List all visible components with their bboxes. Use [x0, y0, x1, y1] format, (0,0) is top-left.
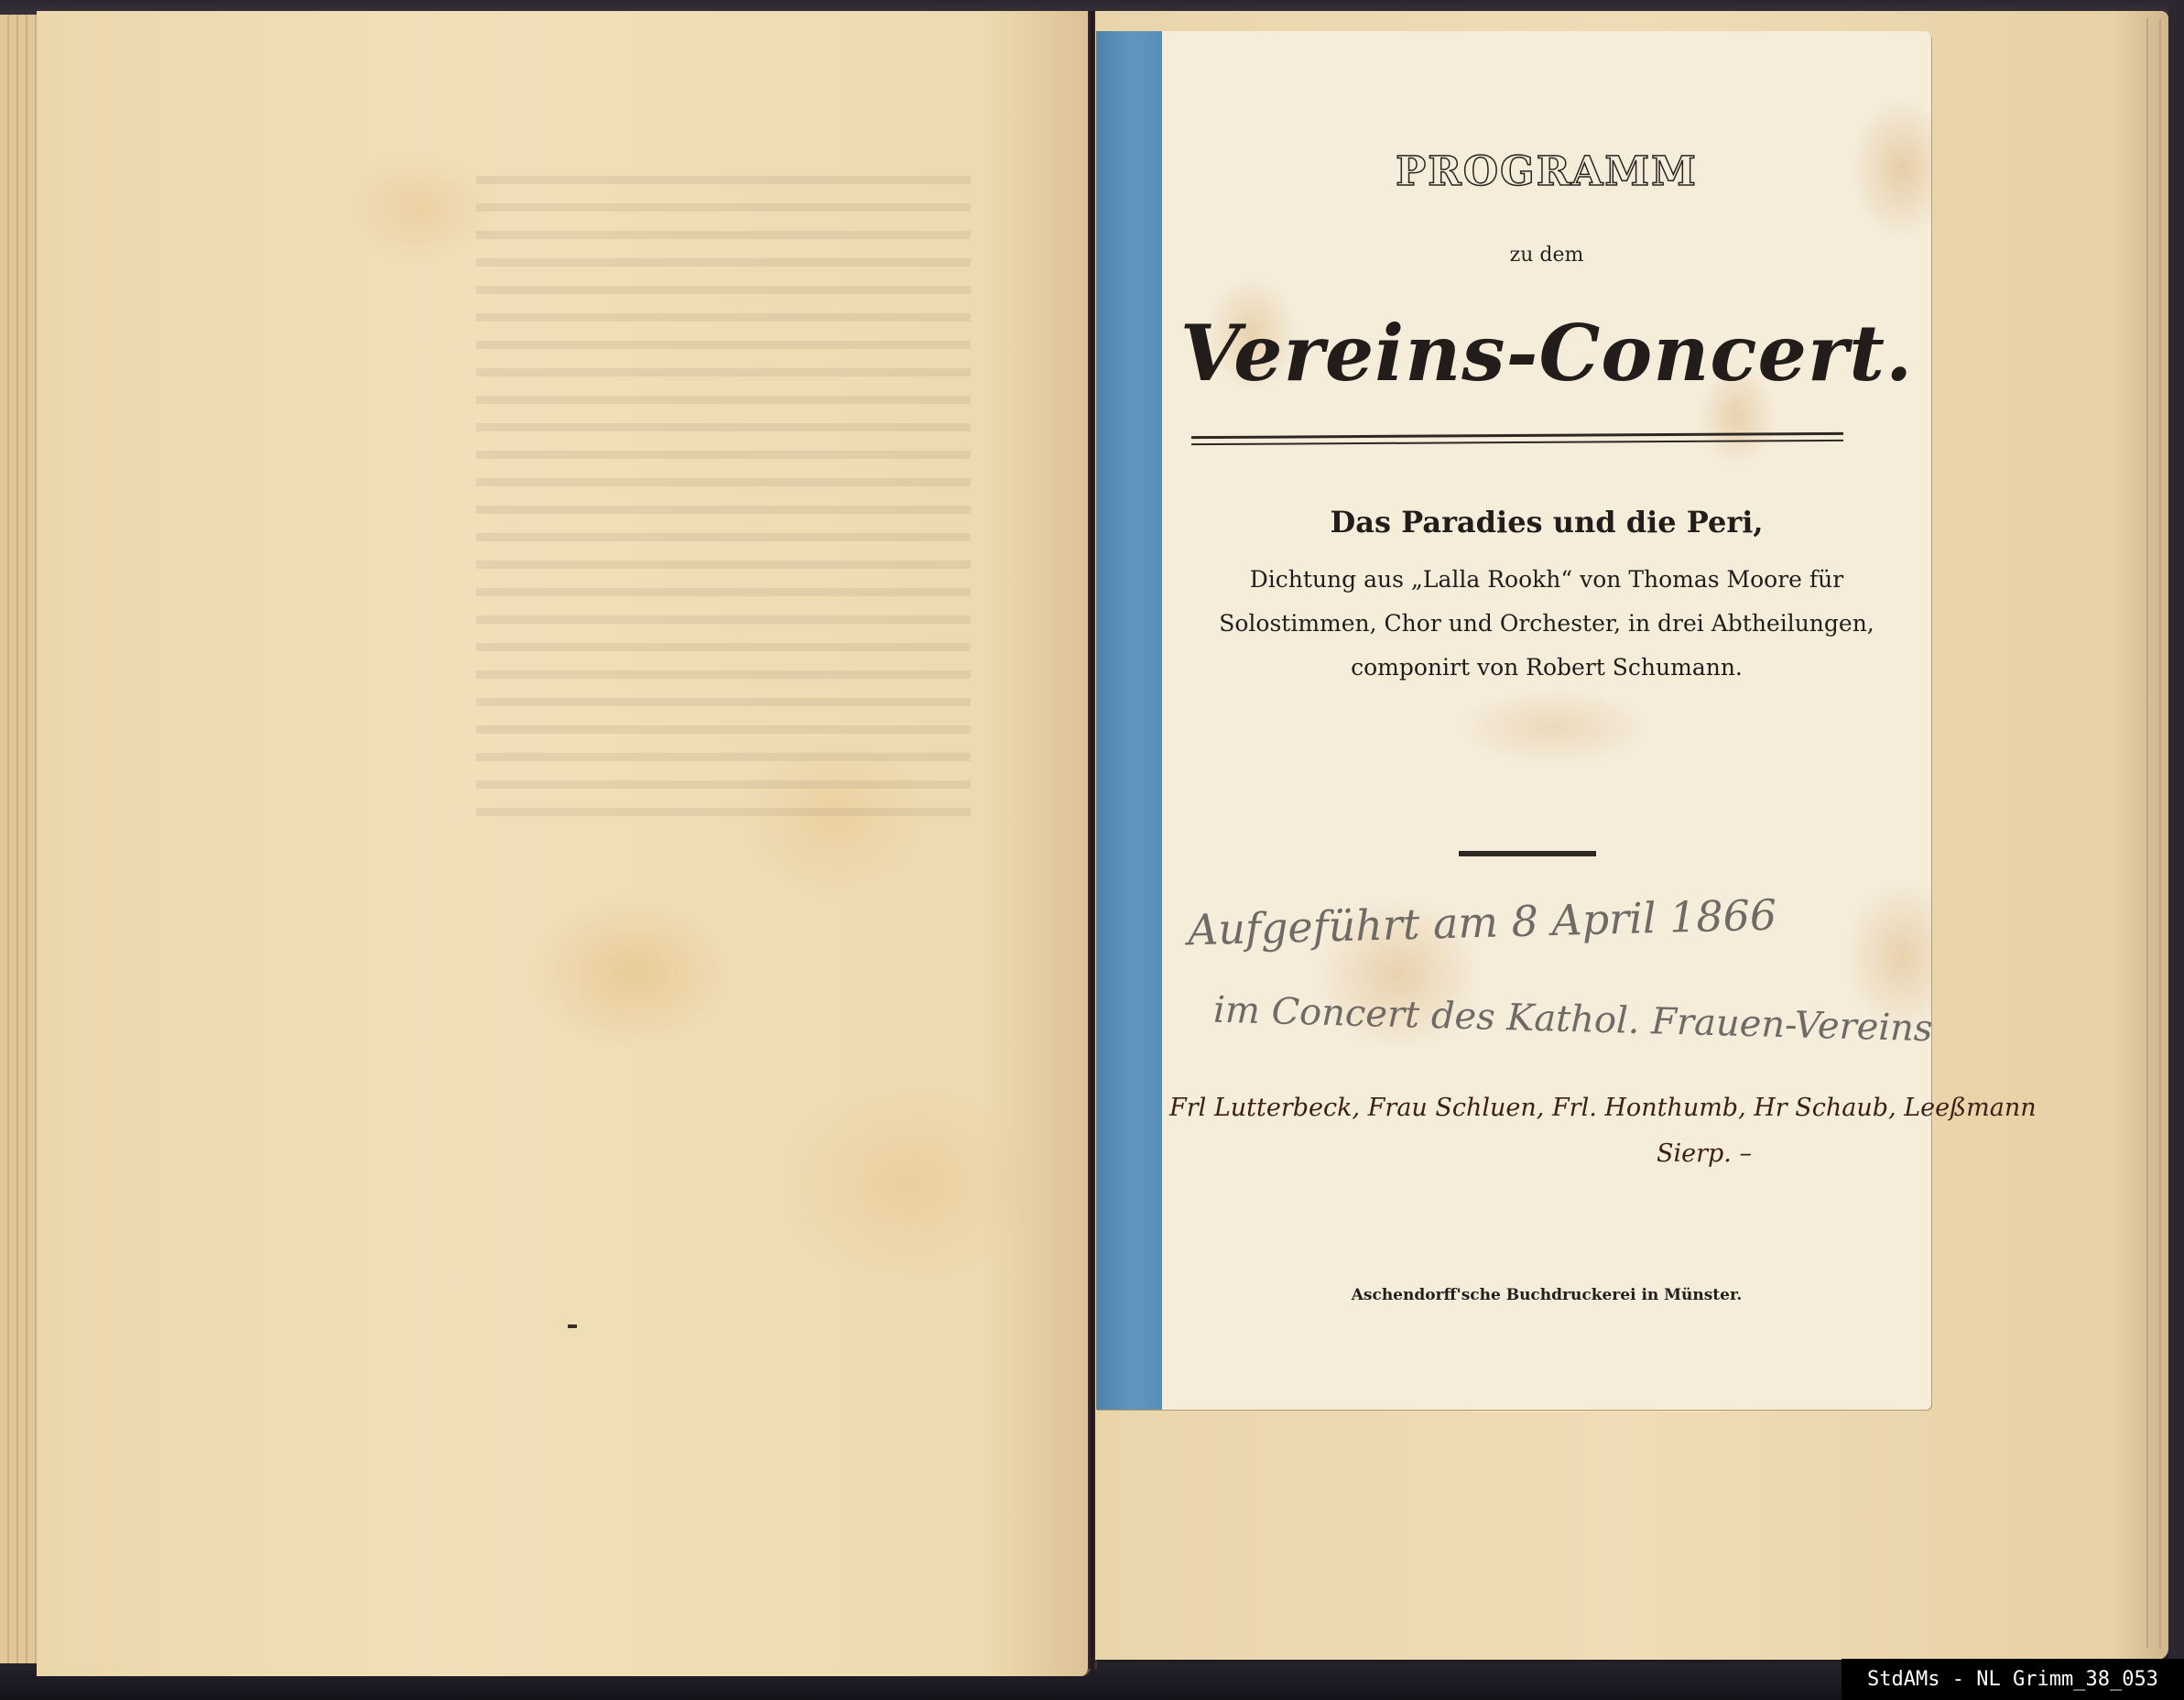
- blue-binding-strip: [1096, 31, 1162, 1410]
- printer-imprint: Aschendorff'sche Buchdruckerei in Münste…: [1162, 1286, 1931, 1304]
- handwritten-note-line-2: im Concert des Kathol. Frauen-Vereins: [1213, 989, 1933, 1051]
- work-description-line-2: Solostimmen, Chor und Orchester, in drei…: [1162, 610, 1931, 637]
- page-edge-lines: [2146, 18, 2161, 1649]
- work-description-line-1: Dichtung aus „Lalla Rookh“ von Thomas Mo…: [1162, 566, 1931, 593]
- concert-title: Vereins-Concert.: [1162, 308, 1931, 398]
- short-rule-divider: [1459, 851, 1596, 856]
- book-cover-right-edge: [2168, 0, 2184, 1700]
- archive-watermark-label: StdAMs - NL Grimm_38_053: [1842, 1659, 2184, 1700]
- bleed-through-text: [476, 176, 971, 835]
- programme-subheading: zu dem: [1162, 244, 1931, 267]
- handwritten-note-line-1: Aufgeführt am 8 April 1866: [1187, 890, 1777, 955]
- double-rule-divider: [1191, 432, 1843, 445]
- left-page: [37, 11, 1091, 1676]
- handwritten-performers-line: Frl Lutterbeck, Frau Schluen, Frl. Honth…: [1169, 1094, 2037, 1122]
- programme-heading: PROGRAMM: [1162, 148, 1931, 195]
- work-description-line-3: componirt von Robert Schumann.: [1162, 654, 1931, 681]
- leaflet-content: PROGRAMM zu dem Vereins-Concert. Das Par…: [1162, 31, 1931, 1410]
- handwritten-performers-line-2: Sierp. –: [1657, 1139, 1752, 1168]
- work-title: Das Paradies und die Peri,: [1162, 505, 1931, 539]
- concert-programme-leaflet: PROGRAMM zu dem Vereins-Concert. Das Par…: [1096, 31, 1931, 1410]
- ink-mark: [568, 1324, 577, 1328]
